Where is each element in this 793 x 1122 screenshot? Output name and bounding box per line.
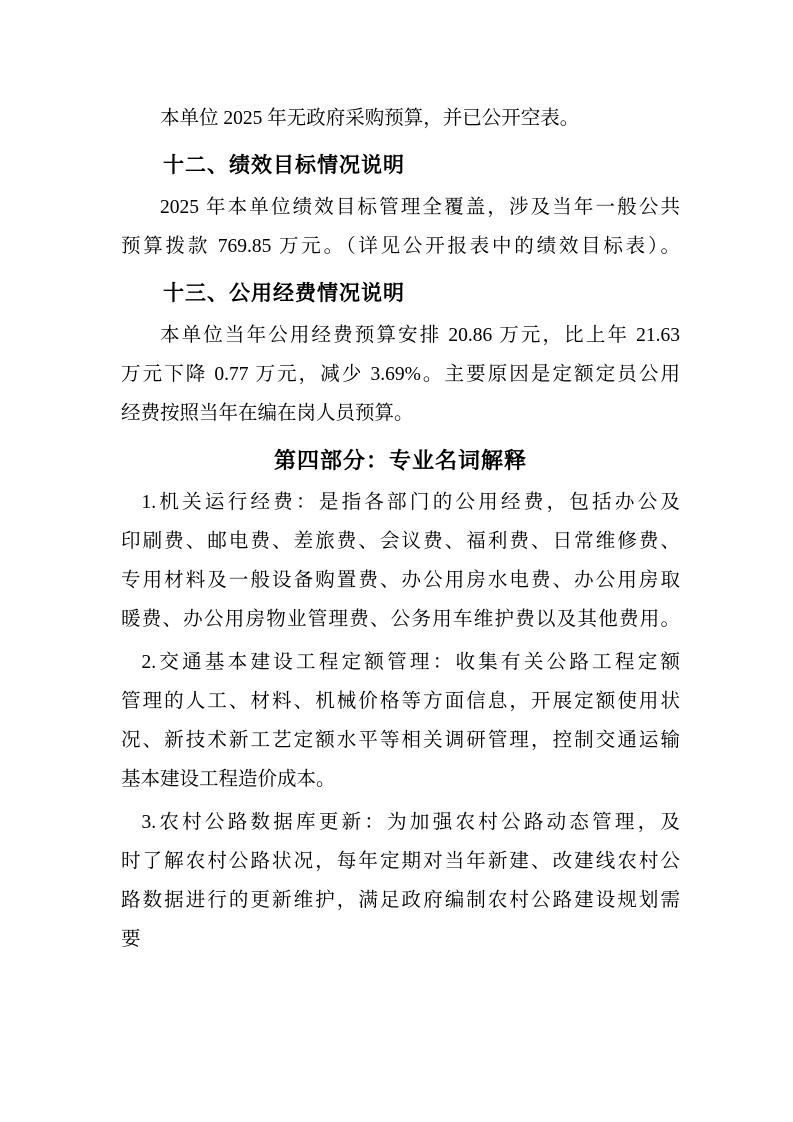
document-line: 暖费、办公用房物业管理费、公务用车维护费以及其他费用。 <box>121 600 680 639</box>
paragraph: 3.农村公路数据库更新：为加强农村公路动态管理，及时了解农村公路状况，每年定期对… <box>121 803 680 959</box>
document-line: 2025 年本单位绩效目标管理全覆盖，涉及当年一般公共 <box>121 188 680 227</box>
paragraph: 本单位 2025 年无政府采购预算，并已公开空表。 <box>121 99 680 138</box>
document-line: 专用材料及一般设备购置费、办公用房水电费、办公用房取 <box>121 561 680 600</box>
section-heading: 十三、公用经费情况说明 <box>121 274 680 313</box>
document-line: 3.农村公路数据库更新：为加强农村公路动态管理，及 <box>121 803 680 842</box>
paragraph: 2025 年本单位绩效目标管理全覆盖，涉及当年一般公共预算拨款 769.85 万… <box>121 188 680 266</box>
document-line: 本单位 2025 年无政府采购预算，并已公开空表。 <box>121 99 680 138</box>
paragraph: 1.机关运行经费：是指各部门的公用经费，包括办公及印刷费、邮电费、差旅费、会议费… <box>121 483 680 639</box>
document-line: 本单位当年公用经费预算安排 20.86 万元，比上年 21.63 <box>121 316 680 355</box>
document-line: 1.机关运行经费：是指各部门的公用经费，包括办公及 <box>121 483 680 522</box>
document-content: 本单位 2025 年无政府采购预算，并已公开空表。十二、绩效目标情况说明2025… <box>121 99 680 959</box>
document-line: 管理的人工、材料、机械价格等方面信息，开展定额使用状 <box>121 682 680 721</box>
document-line: 基本建设工程造价成本。 <box>121 760 680 799</box>
document-line: 印刷费、邮电费、差旅费、会议费、福利费、日常维修费、 <box>121 522 680 561</box>
part-heading: 第四部分：专业名词解释 <box>121 441 680 480</box>
document-line: 2.交通基本建设工程定额管理：收集有关公路工程定额 <box>121 643 680 682</box>
paragraph: 本单位当年公用经费预算安排 20.86 万元，比上年 21.63万元下降 0.7… <box>121 316 680 433</box>
document-line: 经费按照当年在编在岗人员预算。 <box>121 394 680 433</box>
document-line: 路数据进行的更新维护，满足政府编制农村公路建设规划需 <box>121 881 680 920</box>
document-line: 况、新技术新工艺定额水平等相关调研管理，控制交通运输 <box>121 721 680 760</box>
document-line: 预算拨款 769.85 万元。（详见公开报表中的绩效目标表）。 <box>121 227 680 266</box>
document-line: 要 <box>121 920 680 959</box>
document-line: 时了解农村公路状况，每年定期对当年新建、改建线农村公 <box>121 842 680 881</box>
document-page: 本单位 2025 年无政府采购预算，并已公开空表。十二、绩效目标情况说明2025… <box>0 0 793 1122</box>
paragraph: 2.交通基本建设工程定额管理：收集有关公路工程定额管理的人工、材料、机械价格等方… <box>121 643 680 799</box>
document-line: 万元下降 0.77 万元，减少 3.69%。主要原因是定额定员公用 <box>121 355 680 394</box>
section-heading: 十二、绩效目标情况说明 <box>121 146 680 185</box>
